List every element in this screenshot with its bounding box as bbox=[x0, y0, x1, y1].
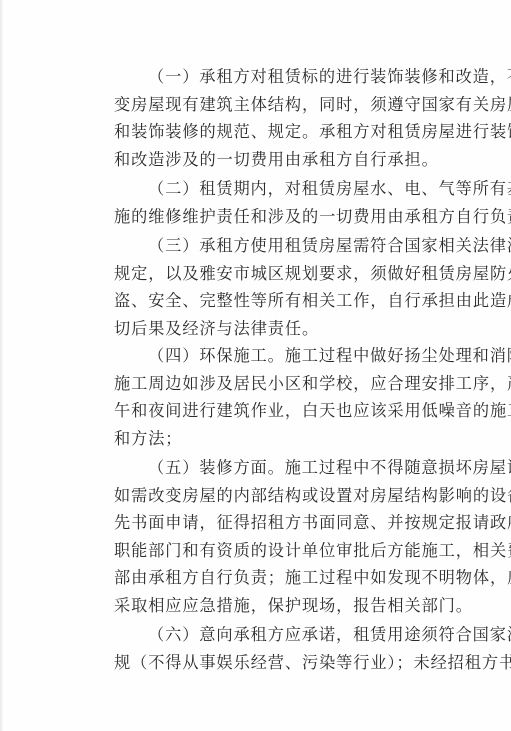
document-body: （一）承租方对租赁标的进行装饰装修和改造，不得改 变房屋现有建筑主体结构，同时，… bbox=[80, 63, 444, 676]
text-line: （二）租赁期内，对租赁房屋水、电、气等所有基础设 bbox=[80, 175, 444, 203]
text-line: 午和夜间进行建筑作业，白天也应该采用低噪音的施工工艺 bbox=[80, 397, 444, 425]
text-line: 和装饰装修的规范、规定。承租方对租赁房屋进行装饰装修 bbox=[80, 118, 444, 146]
text-line: （四）环保施工。施工过程中做好扬尘处理和消防措施； bbox=[80, 342, 444, 370]
clause-5-paragraph: （五）装修方面。施工过程中不得随意损坏房屋设施。 如需改变房屋的内部结构或设置对… bbox=[80, 454, 444, 619]
text-line: 采取相应应急措施，保护现场，报告相关部门。 bbox=[80, 592, 444, 620]
text-line: （五）装修方面。施工过程中不得随意损坏房屋设施。 bbox=[80, 454, 444, 482]
text-line: 职能部门和有资质的设计单位审批后方能施工，相关费用全 bbox=[80, 537, 444, 565]
clause-6-paragraph: （六）意向承租方应承诺，租赁用途须符合国家法律法 规（不得从事娱乐经营、污染等行… bbox=[80, 621, 444, 676]
text-line: 和改造涉及的一切费用由承租方自行承担。 bbox=[80, 146, 444, 174]
text-line: （六）意向承租方应承诺，租赁用途须符合国家法律法 bbox=[80, 621, 444, 649]
text-line: 如需改变房屋的内部结构或设置对房屋结构影响的设备，需 bbox=[80, 482, 444, 510]
text-line: 和方法； bbox=[80, 425, 444, 453]
text-line: （一）承租方对租赁标的进行装饰装修和改造，不得改 bbox=[80, 63, 444, 91]
text-line: 先书面申请，征得招租方书面同意、并按规定报请政府相关 bbox=[80, 509, 444, 537]
text-line: 盗、安全、完整性等所有相关工作，自行承担由此造成的一 bbox=[80, 287, 444, 315]
text-line: 施的维修维护责任和涉及的一切费用由承租方自行负责。 bbox=[80, 203, 444, 231]
clause-3-paragraph: （三）承租方使用租赁房屋需符合国家相关法律法规的 规定，以及雅安市城区规划要求，… bbox=[80, 232, 444, 342]
text-line: 切后果及经济与法律责任。 bbox=[80, 315, 444, 343]
clause-4-paragraph: （四）环保施工。施工过程中做好扬尘处理和消防措施； 施工周边如涉及居民小区和学校… bbox=[80, 342, 444, 452]
document-page: （一）承租方对租赁标的进行装饰装修和改造，不得改 变房屋现有建筑主体结构，同时，… bbox=[0, 0, 511, 731]
clause-2-paragraph: （二）租赁期内，对租赁房屋水、电、气等所有基础设 施的维修维护责任和涉及的一切费… bbox=[80, 175, 444, 230]
text-line: （三）承租方使用租赁房屋需符合国家相关法律法规的 bbox=[80, 232, 444, 260]
text-line: 变房屋现有建筑主体结构，同时，须遵守国家有关房屋建筑 bbox=[80, 91, 444, 119]
scan-edge-shadow bbox=[0, 0, 3, 731]
clause-1-paragraph: （一）承租方对租赁标的进行装饰装修和改造，不得改 变房屋现有建筑主体结构，同时，… bbox=[80, 63, 444, 173]
text-line: 施工周边如涉及居民小区和学校，应合理安排工序，严禁中 bbox=[80, 370, 444, 398]
text-line: 部由承租方自行负责；施工过程中如发现不明物体，应立即 bbox=[80, 564, 444, 592]
text-line: 规（不得从事娱乐经营、污染等行业）；未经招租方书面同 bbox=[80, 649, 444, 677]
text-line: 规定，以及雅安市城区规划要求，须做好租赁房屋防火、防 bbox=[80, 260, 444, 288]
